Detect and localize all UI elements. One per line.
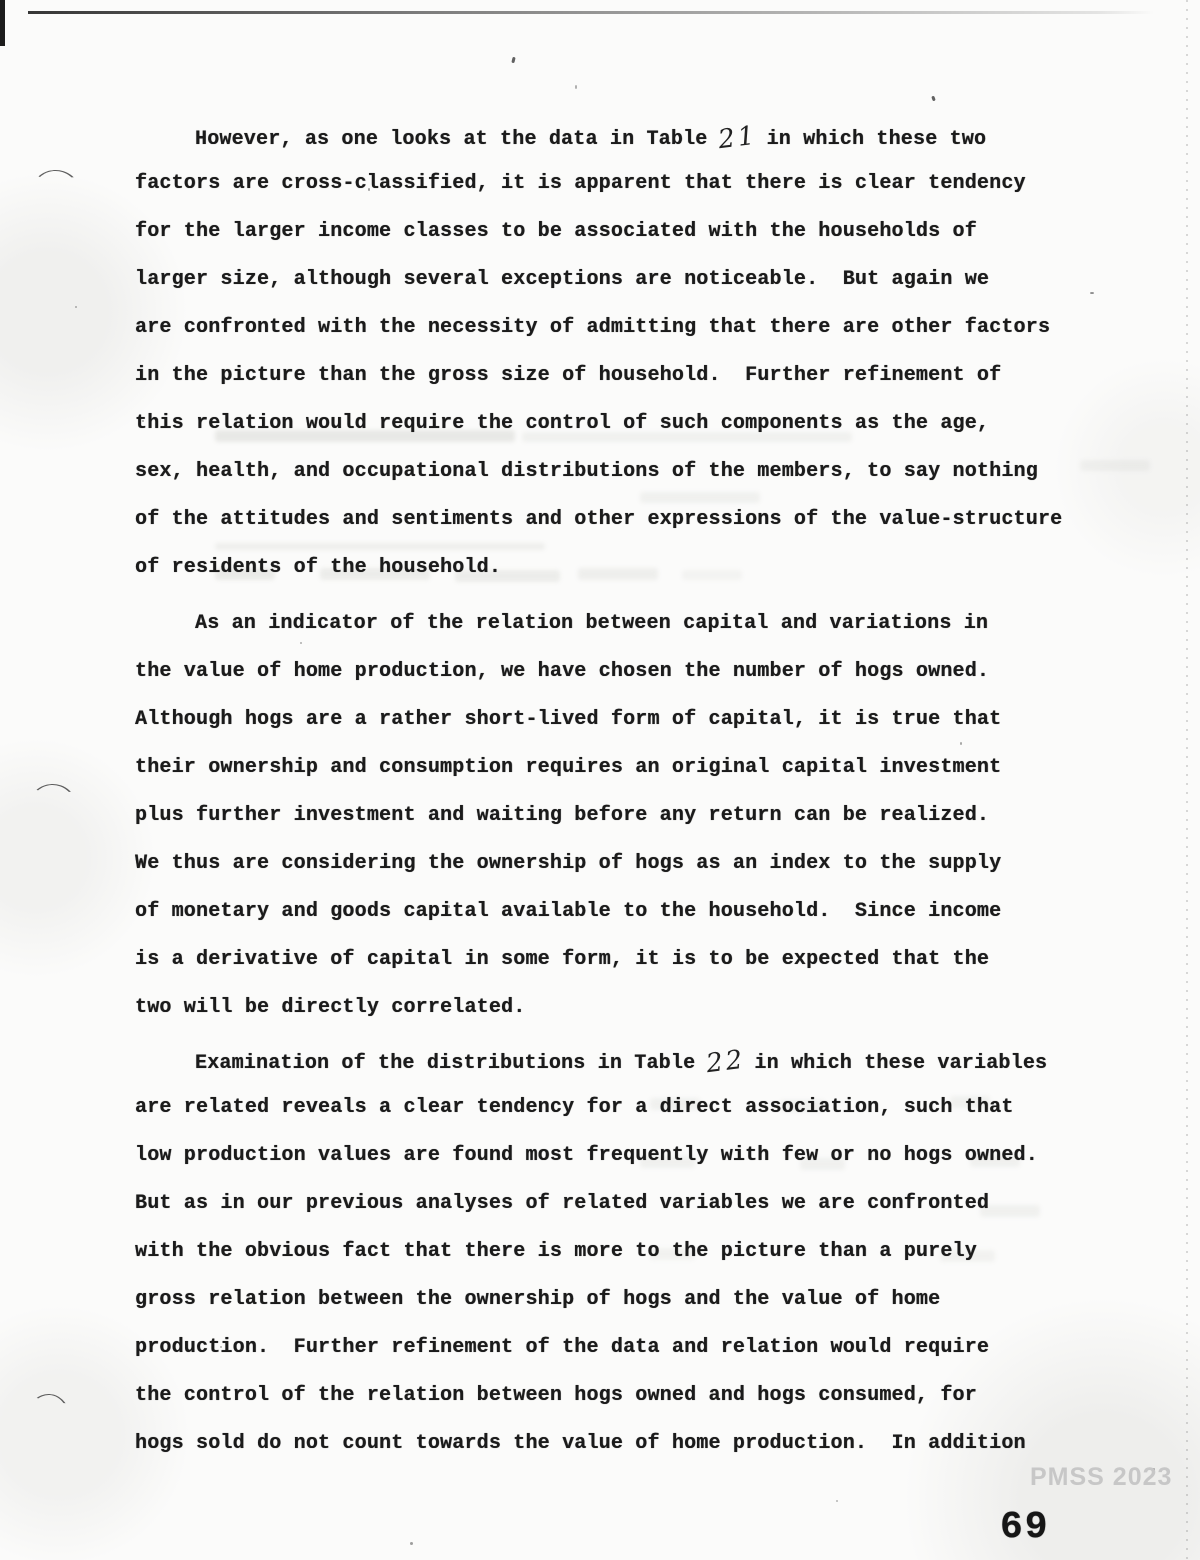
handwritten-table-number: 22 [704, 1036, 749, 1088]
text-line: of residents of the household. [135, 544, 1062, 592]
text-line: two will be directly correlated. [135, 984, 1001, 1032]
paragraph-3: Examination of the distributions in Tabl… [135, 1036, 1047, 1468]
text-line: hogs sold do not count towards the value… [135, 1420, 1047, 1468]
text-line: low production values are found most fre… [135, 1132, 1047, 1180]
scan-speckle [511, 57, 515, 64]
text-line: their ownership and consumption requires… [135, 744, 1001, 792]
scan-speckle [410, 1542, 413, 1545]
text-line: is a derivative of capital in some form,… [135, 936, 1001, 984]
scan-speckle [1090, 292, 1094, 294]
pencil-arc-mark [28, 168, 81, 197]
bleed-through-smudge [1080, 460, 1150, 471]
text-line-segment: in which these variables [754, 1052, 1047, 1075]
text-line: sex, health, and occupational distributi… [135, 448, 1062, 496]
text-line: of monetary and goods capital available … [135, 888, 1001, 936]
text-line: with the obvious fact that there is more… [135, 1228, 1047, 1276]
text-line: Examination of the distributions in Tabl… [135, 1036, 1047, 1084]
text-line: in the picture than the gross size of ho… [135, 352, 1062, 400]
text-line-segment: Examination of the distributions in Tabl… [195, 1052, 695, 1075]
text-line: of the attitudes and sentiments and othe… [135, 496, 1062, 544]
scan-speckle [75, 306, 77, 308]
text-line: We thus are considering the ownership of… [135, 840, 1001, 888]
text-line: for the larger income classes to be asso… [135, 208, 1062, 256]
text-line: gross relation between the ownership of … [135, 1276, 1047, 1324]
scan-speckle [836, 1500, 838, 1502]
paragraph-1: However, as one looks at the data in Tab… [135, 112, 1062, 592]
text-line: this relation would require the control … [135, 400, 1062, 448]
text-line: plus further investment and waiting befo… [135, 792, 1001, 840]
pencil-arc-mark [26, 1392, 72, 1420]
text-line: However, as one looks at the data in Tab… [135, 112, 1062, 160]
text-line: the control of the relation between hogs… [135, 1372, 1047, 1420]
text-line: are confronted with the necessity of adm… [135, 304, 1062, 352]
text-line-segment: However, as one looks at the data in Tab… [195, 128, 707, 151]
text-line: larger size, although several exceptions… [135, 256, 1062, 304]
text-line: As an indicator of the relation between … [135, 600, 1001, 648]
scan-speckle [931, 96, 936, 102]
scan-right-edge-dots [1186, 0, 1188, 1560]
text-line-segment: in which these two [767, 128, 987, 151]
scan-corner-mark [0, 0, 5, 46]
scan-top-edge-line [28, 11, 1154, 14]
text-line: are related reveals a clear tendency for… [135, 1084, 1047, 1132]
paragraph-2: As an indicator of the relation between … [135, 600, 1001, 1032]
text-line: production. Further refinement of the da… [135, 1324, 1047, 1372]
text-line: Although hogs are a rather short-lived f… [135, 696, 1001, 744]
text-line: the value of home production, we have ch… [135, 648, 1001, 696]
text-line: But as in our previous analyses of relat… [135, 1180, 1047, 1228]
watermark: PMSS 2023 [1030, 1463, 1172, 1492]
pencil-arc-mark [26, 783, 77, 811]
scan-speckle [575, 85, 577, 89]
page-number: 69 [1000, 1506, 1050, 1549]
text-line: factors are cross-classified, it is appa… [135, 160, 1062, 208]
handwritten-table-number: 21 [716, 112, 761, 164]
